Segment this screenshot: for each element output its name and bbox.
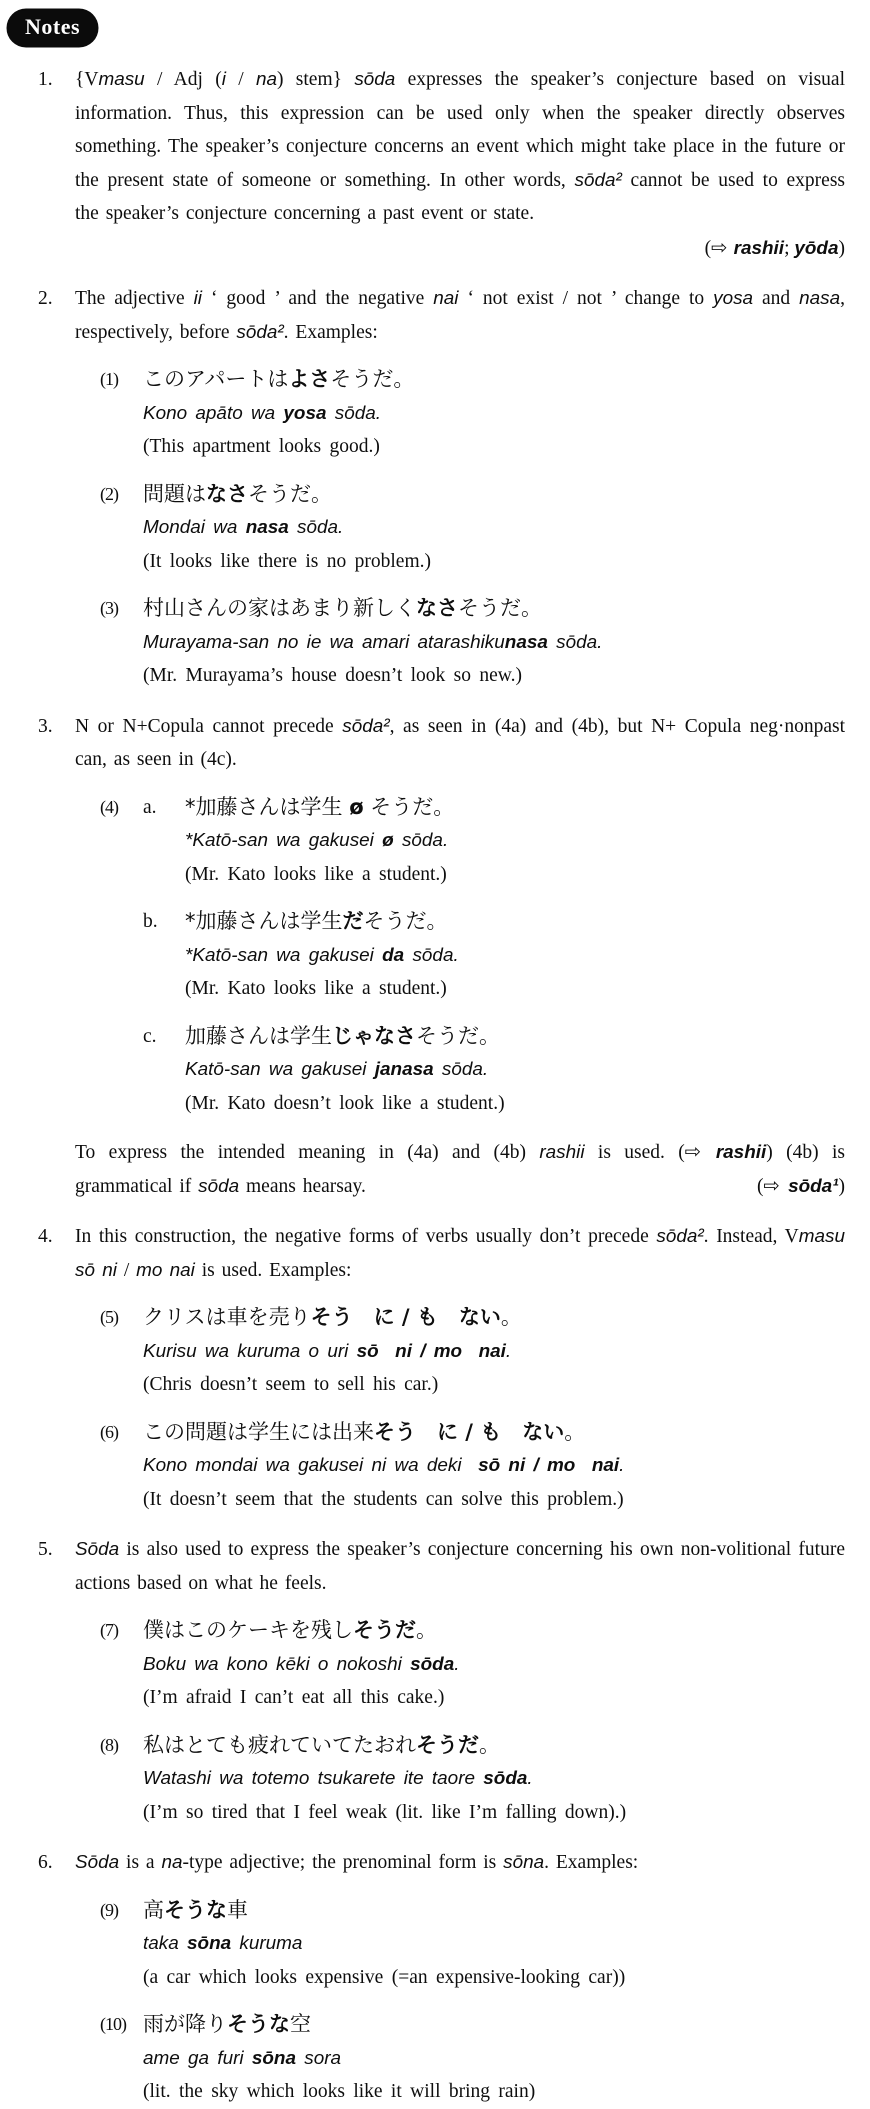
note-item: 6. Sōda is a na-type adjective; the pren… bbox=[38, 1846, 845, 2109]
example-label: (4) bbox=[100, 791, 118, 825]
note-item: 4. In this construction, the negative fo… bbox=[38, 1220, 845, 1516]
example-block: (4) a. *加藤さんは学生 ø そうだ。 *Katō-san wa gaku… bbox=[100, 791, 845, 892]
note-number: 1. bbox=[38, 63, 53, 97]
example-block: (1) このアパートはよさそうだ。 Kono apāto wa yosa sōd… bbox=[100, 363, 845, 464]
note-number: 6. bbox=[38, 1846, 53, 1880]
example-romaji: Mondai wa nasa sōda. bbox=[143, 511, 845, 545]
example-romaji: taka sōna kuruma bbox=[143, 1927, 845, 1961]
example-romaji: ame ga furi sōna sora bbox=[143, 2042, 845, 2076]
note-post-paragraph: To express the intended meaning in (4a) … bbox=[75, 1135, 845, 1203]
example-label: (2) bbox=[100, 478, 118, 512]
note-paragraph: The adjective ii ‘ good ’ and the negati… bbox=[75, 282, 845, 349]
note-item: 1. {Vmasu / Adj (i / na) stem} sōda expr… bbox=[38, 63, 845, 265]
note-examples: (7) 僕はこのケーキを残しそうだ。 Boku wa kono kēki o n… bbox=[75, 1614, 845, 1829]
example-sublabel: a. bbox=[143, 791, 157, 825]
example-sublabel: b. bbox=[143, 905, 158, 939]
example-romaji: Kono apāto wa yosa sōda. bbox=[143, 397, 845, 431]
example-japanese: 僕はこのケーキを残しそうだ。 bbox=[143, 1614, 845, 1648]
example-japanese: 問題はなさそうだ。 bbox=[143, 478, 845, 512]
note-number: 2. bbox=[38, 282, 53, 316]
note-examples: (4) a. *加藤さんは学生 ø そうだ。 *Katō-san wa gaku… bbox=[75, 791, 845, 1121]
example-block: (9) 高そうな車 taka sōna kuruma (a car which … bbox=[100, 1894, 845, 1995]
note-item: 2. The adjective ii ‘ good ’ and the neg… bbox=[38, 282, 845, 693]
example-gloss: (I’m afraid I can’t eat all this cake.) bbox=[143, 1681, 845, 1715]
example-gloss: (This apartment looks good.) bbox=[143, 430, 845, 464]
example-romaji: Boku wa kono kēki o nokoshi sōda. bbox=[143, 1648, 845, 1682]
example-gloss: (I’m so tired that I feel weak (lit. lik… bbox=[143, 1796, 845, 1830]
example-block: c. 加藤さんは学生じゃなさそうだ。 Katō-san wa gakusei j… bbox=[100, 1020, 845, 1121]
example-romaji: Katō-san wa gakusei janasa sōda. bbox=[185, 1053, 845, 1087]
example-japanese: この問題は学生には出来そう に / も ない。 bbox=[143, 1416, 845, 1450]
example-japanese: *加藤さんは学生だそうだ。 bbox=[185, 905, 845, 939]
note-examples: (5) クリスは車を売りそう に / も ない。 Kurisu wa kurum… bbox=[75, 1301, 845, 1516]
example-block: (6) この問題は学生には出来そう に / も ない。 Kono mondai … bbox=[100, 1416, 845, 1517]
note-examples: (1) このアパートはよさそうだ。 Kono apāto wa yosa sōd… bbox=[75, 363, 845, 693]
example-block: (5) クリスは車を売りそう に / も ない。 Kurisu wa kurum… bbox=[100, 1301, 845, 1402]
example-block: (10) 雨が降りそうな空 ame ga furi sōna sora (lit… bbox=[100, 2008, 845, 2109]
example-japanese: 私はとても疲れていてたおれそうだ。 bbox=[143, 1729, 845, 1763]
example-label: (6) bbox=[100, 1416, 118, 1450]
example-gloss: (Mr. Murayama’s house doesn’t look so ne… bbox=[143, 659, 845, 693]
example-gloss: (Mr. Kato looks like a student.) bbox=[185, 972, 845, 1006]
note-paragraph: Sōda is a na-type adjective; the prenomi… bbox=[75, 1846, 845, 1880]
note-examples: (9) 高そうな車 taka sōna kuruma (a car which … bbox=[75, 1894, 845, 2109]
example-block: (7) 僕はこのケーキを残しそうだ。 Boku wa kono kēki o n… bbox=[100, 1614, 845, 1715]
example-japanese: クリスは車を売りそう に / も ない。 bbox=[143, 1301, 845, 1335]
example-block: (2) 問題はなさそうだ。 Mondai wa nasa sōda. (It l… bbox=[100, 478, 845, 579]
example-block: (8) 私はとても疲れていてたおれそうだ。 Watashi wa totemo … bbox=[100, 1729, 845, 1830]
note-item: 5. Sōda is also used to express the spea… bbox=[38, 1533, 845, 1829]
note-paragraph: Sōda is also used to express the speaker… bbox=[75, 1533, 845, 1600]
note-paragraph: In this construction, the negative forms… bbox=[75, 1220, 845, 1287]
example-gloss: (Mr. Kato doesn’t look like a student.) bbox=[185, 1087, 845, 1121]
example-romaji: *Katō-san wa gakusei ø sōda. bbox=[185, 824, 845, 858]
example-gloss: (It looks like there is no problem.) bbox=[143, 545, 845, 579]
notes-list: 1. {Vmasu / Adj (i / na) stem} sōda expr… bbox=[0, 63, 870, 2109]
example-label: (1) bbox=[100, 363, 118, 397]
example-block: (3) 村山さんの家はあまり新しくなさそうだ。 Murayama-san no … bbox=[100, 592, 845, 693]
example-gloss: (Chris doesn’t seem to sell his car.) bbox=[143, 1368, 845, 1402]
example-japanese: 雨が降りそうな空 bbox=[143, 2008, 845, 2042]
page: Notes 1. {Vmasu / Adj (i / na) stem} sōd… bbox=[0, 0, 870, 2109]
example-label: (3) bbox=[100, 592, 118, 626]
cross-reference: (⇨ rashii; yōda) bbox=[75, 231, 845, 266]
example-japanese: *加藤さんは学生 ø そうだ。 bbox=[185, 791, 845, 825]
example-japanese: このアパートはよさそうだ。 bbox=[143, 363, 845, 397]
example-gloss: (a car which looks expensive (=an expens… bbox=[143, 1961, 845, 1995]
example-label: (10) bbox=[100, 2008, 126, 2042]
notes-section-badge: Notes bbox=[8, 10, 97, 46]
example-romaji: *Katō-san wa gakusei da sōda. bbox=[185, 939, 845, 973]
notes-badge-label: Notes bbox=[25, 14, 80, 39]
example-japanese: 加藤さんは学生じゃなさそうだ。 bbox=[185, 1020, 845, 1054]
note-number: 5. bbox=[38, 1533, 53, 1567]
note-item: 3. N or N+Copula cannot precede sōda², a… bbox=[38, 710, 845, 1204]
note-number: 3. bbox=[38, 710, 53, 744]
example-sublabel: c. bbox=[143, 1020, 157, 1054]
note-paragraph: N or N+Copula cannot precede sōda², as s… bbox=[75, 710, 845, 777]
example-romaji: Murayama-san no ie wa amari atarashikuna… bbox=[143, 626, 845, 660]
example-japanese: 村山さんの家はあまり新しくなさそうだ。 bbox=[143, 592, 845, 626]
example-gloss: (Mr. Kato looks like a student.) bbox=[185, 858, 845, 892]
example-label: (9) bbox=[100, 1894, 118, 1928]
note-paragraph: {Vmasu / Adj (i / na) stem} sōda express… bbox=[75, 63, 845, 231]
example-romaji: Watashi wa totemo tsukarete ite taore sō… bbox=[143, 1762, 845, 1796]
example-gloss: (lit. the sky which looks like it will b… bbox=[143, 2075, 845, 2109]
example-label: (7) bbox=[100, 1614, 118, 1648]
example-romaji: Kurisu wa kuruma o uri sō ni / mo nai. bbox=[143, 1335, 845, 1369]
note-number: 4. bbox=[38, 1220, 53, 1254]
example-label: (8) bbox=[100, 1729, 118, 1763]
example-romaji: Kono mondai wa gakusei ni wa deki sō ni … bbox=[143, 1449, 845, 1483]
cross-reference-tail: (⇨ sōda¹) bbox=[757, 1169, 845, 1204]
example-label: (5) bbox=[100, 1301, 118, 1335]
example-japanese: 高そうな車 bbox=[143, 1894, 845, 1928]
example-block: b. *加藤さんは学生だそうだ。 *Katō-san wa gakusei da… bbox=[100, 905, 845, 1006]
example-gloss: (It doesn’t seem that the students can s… bbox=[143, 1483, 845, 1517]
